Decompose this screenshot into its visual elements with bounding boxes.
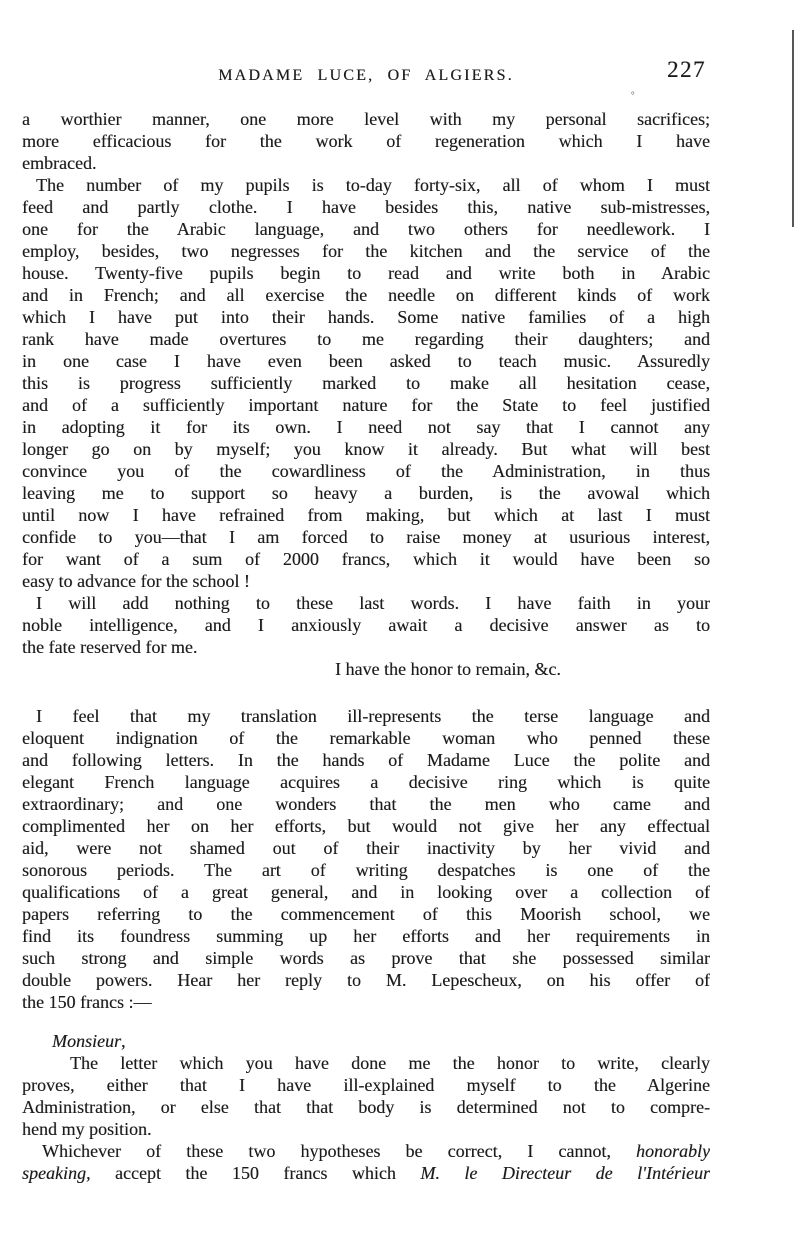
ink-speck: ° [631, 90, 635, 100]
text-line: I have the honor to remain, &c. [22, 658, 710, 680]
text-line: The letter which you have done me the ho… [22, 1052, 710, 1074]
text-line: sonorous periods. The art of writing des… [22, 859, 710, 881]
text-line: noble intelligence, and I anxiously awai… [22, 614, 710, 636]
text-line: more efficacious for the work of regener… [22, 130, 710, 152]
text-line: qualifications of a great general, and i… [22, 881, 710, 903]
text-line: I feel that my translation ill-represent… [22, 705, 710, 727]
text-line: and in French; and all exercise the need… [22, 284, 710, 306]
text-line: and of a sufficiently important nature f… [22, 394, 710, 416]
text-line: house. Twenty-five pupils begin to read … [22, 262, 710, 284]
text-line: Monsieur, [22, 1030, 710, 1052]
text-line: eloquent indignation of the remarkable w… [22, 727, 710, 749]
letter1-continuation: a worthier manner, one more level with m… [22, 108, 710, 174]
scan-edge-line [792, 30, 794, 227]
page-header: MADAME LUCE, OF ALGIERS. 227 [22, 57, 710, 91]
text-line: convince you of the cowardliness of the … [22, 460, 710, 482]
letter1-paragraph-2: The number of my pupils is to-day forty-… [22, 174, 710, 592]
text-line: embraced. [22, 152, 710, 174]
text-line: such strong and simple words as prove th… [22, 947, 710, 969]
text-line: and following letters. In the hands of M… [22, 749, 710, 771]
letter2-paragraph-1: The letter which you have done me the ho… [22, 1052, 710, 1140]
page-number: 227 [667, 57, 706, 83]
letter1-paragraph-3: I will add nothing to these last words. … [22, 592, 710, 658]
text-line: extraordinary; and one wonders that the … [22, 793, 710, 815]
text-line: one for the Arabic language, and two oth… [22, 218, 710, 240]
text-line: leaving me to support so heavy a burden,… [22, 482, 710, 504]
text-line: hend my position. [22, 1118, 710, 1140]
text-line: easy to advance for the school ! [22, 570, 710, 592]
text-line: for want of a sum of 2000 francs, which … [22, 548, 710, 570]
text-line: a worthier manner, one more level with m… [22, 108, 710, 130]
running-title: MADAME LUCE, OF ALGIERS. [218, 67, 514, 85]
text-line: longer go on by myself; you know it alre… [22, 438, 710, 460]
text-line: Administration, or else that that body i… [22, 1096, 710, 1118]
text-line: which I have put into their hands. Some … [22, 306, 710, 328]
text-line: proves, either that I have ill-explained… [22, 1074, 710, 1096]
commentary-paragraph: I feel that my translation ill-represent… [22, 705, 710, 1013]
text-line: employ, besides, two negresses for the k… [22, 240, 710, 262]
text-line: until now I have refrained from making, … [22, 504, 710, 526]
text-line: rank have made overtures to me regarding… [22, 328, 710, 350]
letter1-closing: I have the honor to remain, &c. [22, 658, 710, 680]
text-line: find its foundress summing up her effort… [22, 925, 710, 947]
text-line: in adopting it for its own. I need not s… [22, 416, 710, 438]
text-line: double powers. Hear her reply to M. Lepe… [22, 969, 710, 991]
text-line: papers referring to the commencement of … [22, 903, 710, 925]
text-line: in one case I have even been asked to te… [22, 350, 710, 372]
text-line: I will add nothing to these last words. … [22, 592, 710, 614]
text-line: The number of my pupils is to-day forty-… [22, 174, 710, 196]
book-page: MADAME LUCE, OF ALGIERS. 227 ° a worthie… [0, 0, 796, 1243]
text-line: speaking, accept the 150 francs which M.… [22, 1162, 710, 1184]
text-line: complimented her on her efforts, but wou… [22, 815, 710, 837]
text-line: the 150 francs :— [22, 991, 710, 1013]
letter2-paragraph-2: Whichever of these two hypotheses be cor… [22, 1140, 710, 1184]
text-line: aid, were not shamed out of their inacti… [22, 837, 710, 859]
page-text: a worthier manner, one more level with m… [22, 108, 710, 1184]
text-line: Whichever of these two hypotheses be cor… [22, 1140, 710, 1162]
text-line: confide to you—that I am forced to raise… [22, 526, 710, 548]
text-line: the fate reserved for me. [22, 636, 710, 658]
text-line: elegant French language acquires a decis… [22, 771, 710, 793]
text-line: this is progress sufficiently marked to … [22, 372, 710, 394]
letter2-salutation: Monsieur, [22, 1030, 710, 1052]
text-line: feed and partly clothe. I have besides t… [22, 196, 710, 218]
